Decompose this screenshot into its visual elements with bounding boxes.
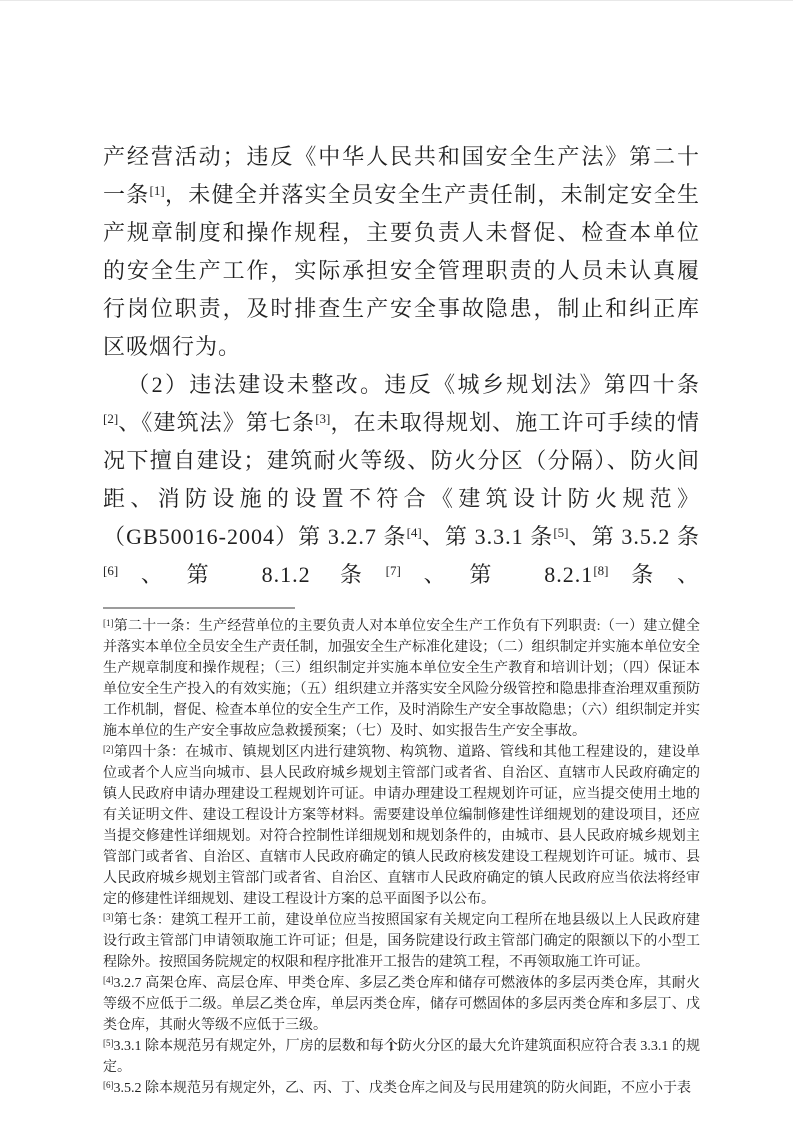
footnote-ref: [1]: [150, 183, 165, 198]
footnote-marker: [3]: [103, 912, 114, 922]
footnotes: [1]第二十一条：生产经营单位的主要负责人对本单位安全生产工作负有下列职责:（一…: [103, 616, 700, 1099]
text-run: 条、: [608, 562, 700, 587]
page-number: 11: [0, 1038, 793, 1054]
body-text: 产经营活动；违反《中华人民共和国安全生产法》第二十一条[1]，未健全并落实全员安…: [103, 138, 700, 594]
footnote-text: 3.2.7 高架仓库、高层仓库、甲类仓库、多层乙类仓库和储存可燃液体的多层丙类仓…: [103, 976, 700, 1033]
page-content: 产经营活动；违反《中华人民共和国安全生产法》第二十一条[1]，未健全并落实全员安…: [103, 138, 700, 1099]
footnote-separator: [103, 607, 295, 609]
footnote-ref: [4]: [407, 525, 422, 540]
footnote: [2]第四十条：在城市、镇规划区内进行建筑物、构筑物、道路、管线和其他工程建设的…: [103, 742, 700, 910]
text-run: 、第 8.2.1: [401, 562, 593, 587]
footnote-ref: [5]: [553, 525, 568, 540]
footnote-text: 第七条：建筑工程开工前，建设单位应当按照国家有关规定向工程所在地县级以上人民政府…: [103, 913, 700, 970]
footnote-marker: [4]: [103, 975, 114, 985]
footnote: [1]第二十一条：生产经营单位的主要负责人对本单位安全生产工作负有下列职责:（一…: [103, 616, 700, 742]
footnote-marker: [1]: [103, 618, 114, 628]
footnote-ref: [3]: [315, 411, 330, 426]
footnote-marker: [2]: [103, 744, 114, 754]
footnote-ref: [2]: [103, 411, 118, 426]
footnote-text: 3.5.2 除本规范另有规定外，乙、丙、丁、戊类仓库之间及与民用建筑的防火间距，…: [114, 1081, 692, 1096]
paragraph: （2）违法建设未整改。违反《城乡规划法》第四十条[2]、《建筑法》第七条[3]，…: [103, 366, 700, 594]
footnote-text: 第二十一条：生产经营单位的主要负责人对本单位安全生产工作负有下列职责:（一）建立…: [103, 619, 700, 739]
footnote-ref: [6]: [103, 563, 118, 578]
text-run: 、第 3.5.2 条: [569, 524, 700, 549]
text-run: ，未健全并落实全员安全生产责任制，未制定安全生产规章制度和操作规程，主要负责人未…: [103, 182, 700, 359]
footnote-ref: [7]: [386, 563, 401, 578]
text-run: 、《建筑法》第七条: [118, 410, 315, 435]
text-run: 、第 8.1.2 条: [118, 562, 385, 587]
footnote: [4]3.2.7 高架仓库、高层仓库、甲类仓库、多层乙类仓库和储存可燃液体的多层…: [103, 973, 700, 1036]
text-run: （2）违法建设未整改。违反《城乡规划法》第四十条: [127, 372, 700, 397]
footnote: [6]3.5.2 除本规范另有规定外，乙、丙、丁、戊类仓库之间及与民用建筑的防火…: [103, 1078, 700, 1099]
footnote: [3]第七条：建筑工程开工前，建设单位应当按照国家有关规定向工程所在地县级以上人…: [103, 910, 700, 973]
footnote-text: 第四十条：在城市、镇规划区内进行建筑物、构筑物、道路、管线和其他工程建设的，建设…: [103, 745, 700, 907]
document-page: 产经营活动；违反《中华人民共和国安全生产法》第二十一条[1]，未健全并落实全员安…: [0, 0, 793, 1122]
text-run: 、第 3.3.1 条: [422, 524, 554, 549]
paragraph: 产经营活动；违反《中华人民共和国安全生产法》第二十一条[1]，未健全并落实全员安…: [103, 138, 700, 366]
footnote-marker: [6]: [103, 1080, 114, 1090]
footnote-ref: [8]: [593, 563, 608, 578]
